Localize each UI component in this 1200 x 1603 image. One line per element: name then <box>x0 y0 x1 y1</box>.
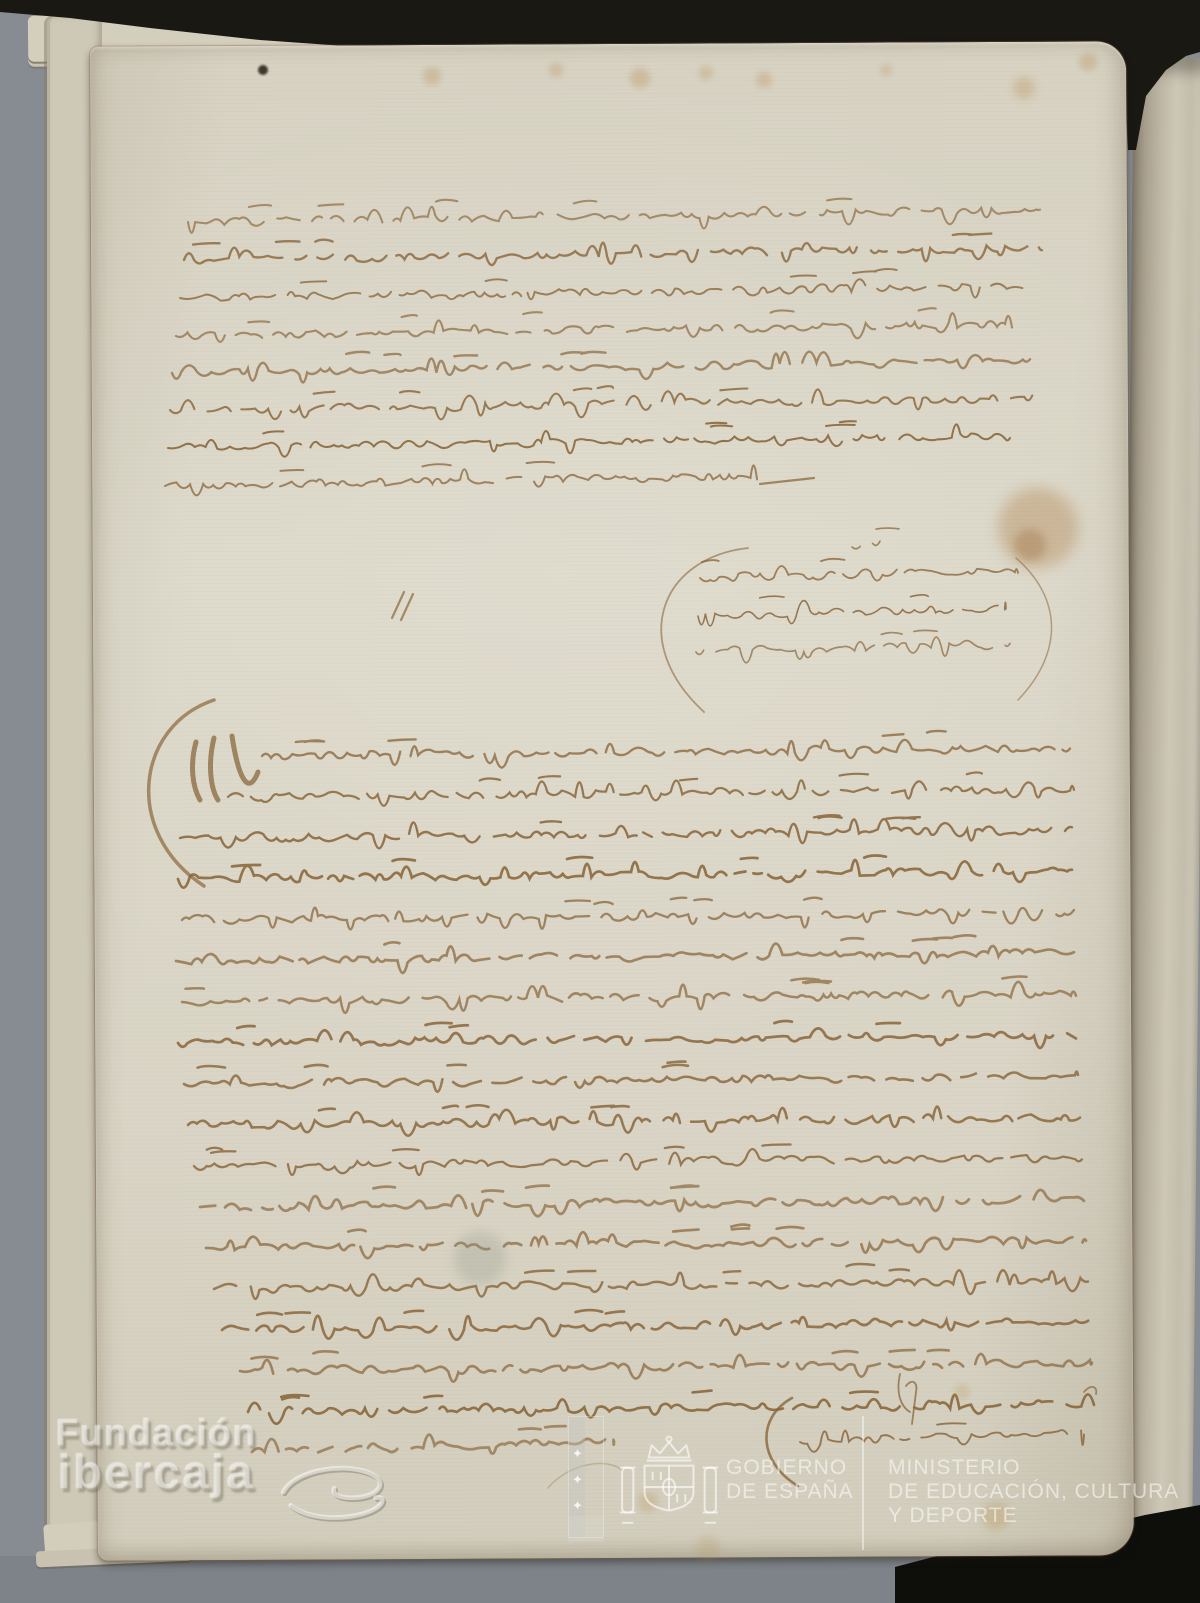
manuscript-scan: Fundación ibercaja ✦ ✦ ✦ <box>0 0 1200 1603</box>
parchment-texture <box>90 41 1134 1560</box>
table-background-bottom <box>0 1556 920 1603</box>
manuscript-page <box>90 41 1134 1560</box>
